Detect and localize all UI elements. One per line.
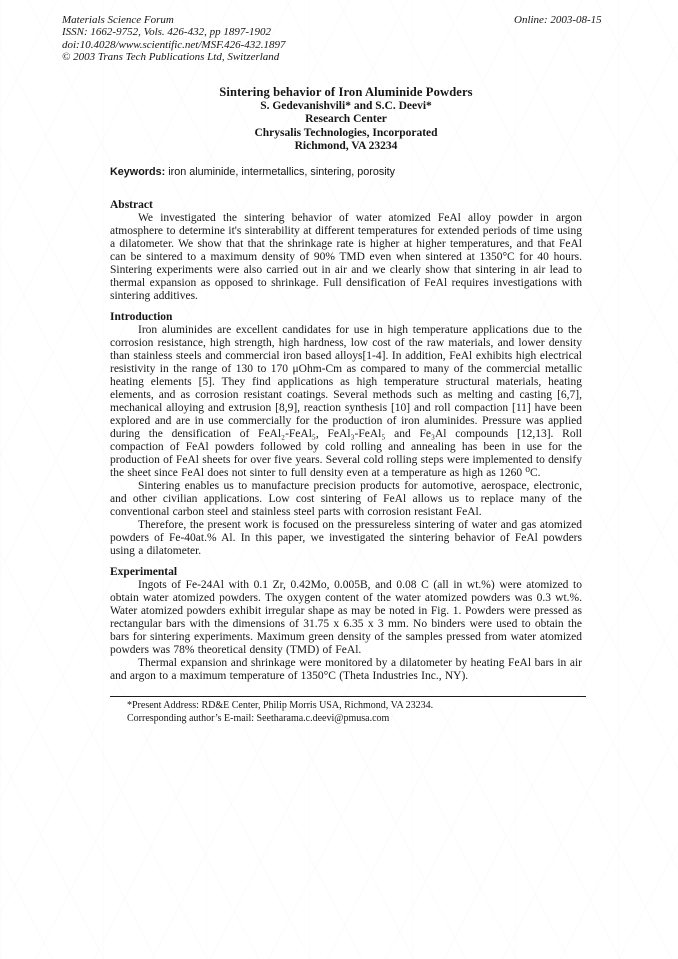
introduction-paragraph: Therefore, the present work is focused o… [110, 519, 582, 558]
affiliation-line: Richmond, VA 23234 [110, 140, 582, 153]
experimental-paragraph: Thermal expansion and shrinkage were mon… [110, 657, 582, 683]
section-heading-introduction: Introduction [110, 311, 582, 324]
affiliation-line: Chrysalis Technologies, Incorporated [110, 127, 582, 140]
issn-line: ISSN: 1662-9752, Vols. 426-432, pp 1897-… [62, 26, 286, 38]
doi-line: doi:10.4028/www.scientific.net/MSF.426-4… [62, 39, 286, 51]
footnote-divider [110, 696, 586, 697]
introduction-paragraph: Sintering enables us to manufacture prec… [110, 480, 582, 519]
title-block: Sintering behavior of Iron Aluminide Pow… [110, 85, 582, 153]
keywords-label: Keywords: [110, 166, 165, 178]
paper-title: Sintering behavior of Iron Aluminide Pow… [110, 85, 582, 100]
section-heading-abstract: Abstract [110, 199, 582, 212]
footnote-email-line: Corresponding author’s E-mail: Seetharam… [127, 713, 586, 726]
footnote-address-line: *Present Address: RD&E Center, Philip Mo… [127, 700, 586, 713]
authors-line: S. Gedevanishvili* and S.C. Deevi* [110, 100, 582, 113]
experimental-paragraph: Ingots of Fe-24Al with 0.1 Zr, 0.42Mo, 0… [110, 579, 582, 657]
affiliation-line: Research Center [110, 113, 582, 126]
copyright-line: © 2003 Trans Tech Publications Ltd, Swit… [62, 51, 286, 63]
journal-header: Materials Science Forum ISSN: 1662-9752,… [62, 14, 286, 64]
paper-body: Abstract We investigated the sintering b… [110, 199, 582, 683]
paper-page: Materials Science Forum ISSN: 1662-9752,… [0, 0, 678, 959]
online-date: Online: 2003-08-15 [514, 14, 602, 26]
section-heading-experimental: Experimental [110, 566, 582, 579]
abstract-paragraph: We investigated the sintering behavior o… [110, 212, 582, 303]
introduction-paragraph: Iron aluminides are excellent candidates… [110, 324, 582, 480]
keywords-line: Keywords:iron aluminide, intermetallics,… [110, 166, 582, 178]
footnote-text: *Present Address: RD&E Center, Philip Mo… [110, 700, 586, 725]
journal-title: Materials Science Forum [62, 14, 286, 26]
keywords-text: iron aluminide, intermetallics, sinterin… [168, 166, 395, 178]
footnote: *Present Address: RD&E Center, Philip Mo… [110, 696, 586, 725]
